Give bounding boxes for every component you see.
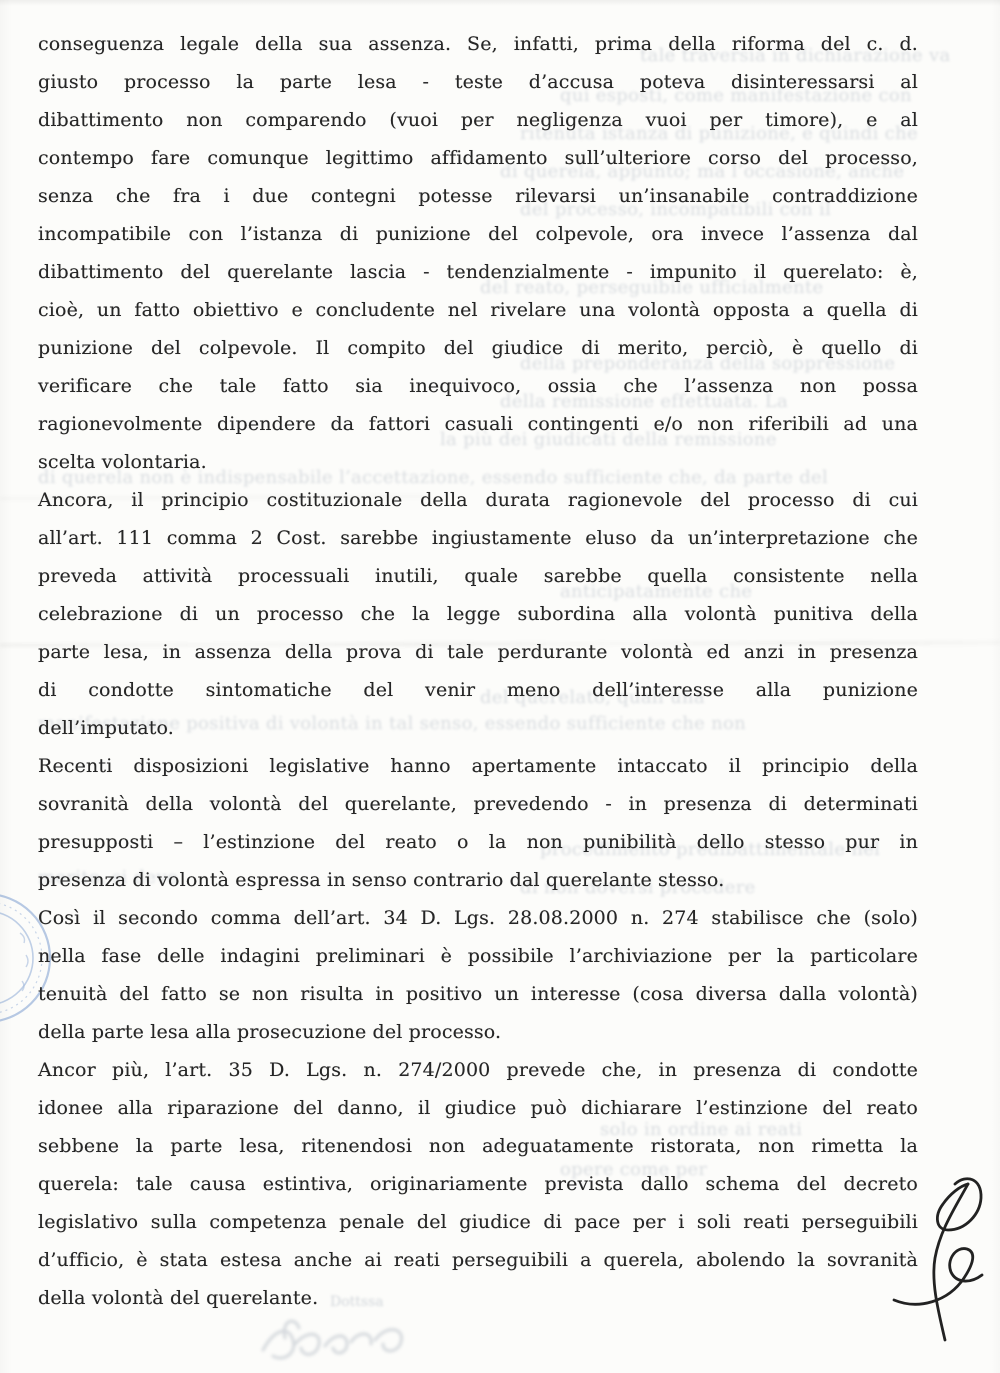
bleedthrough-signature-scribble — [255, 1310, 445, 1372]
text-line: ragionevolmente dipendere da fattori cas… — [38, 405, 918, 443]
text-line: della parte lesa alla prosecuzione del p… — [38, 1013, 918, 1051]
scanned-document-page: tale traversia in dichiarazione vaqui es… — [0, 0, 1000, 1373]
document-body: conseguenza legale della sua assenza. Se… — [38, 25, 918, 1317]
text-line: dibattimento del querelante lascia - ten… — [38, 253, 918, 291]
text-line: punizione del colpevole. Il compito del … — [38, 329, 918, 367]
text-line: Ancora, il principio costituzionale dell… — [38, 481, 918, 519]
text-line: senza che fra i due contegni potesse ril… — [38, 177, 918, 215]
text-line: sovranità della volontà del querelante, … — [38, 785, 918, 823]
text-line: Recenti disposizioni legislative hanno a… — [38, 747, 918, 785]
text-line: dell’imputato. — [38, 709, 918, 747]
text-line: Ancor più, l’art. 35 D. Lgs. n. 274/2000… — [38, 1051, 918, 1089]
text-line: della volontà del querelante. — [38, 1279, 918, 1317]
text-line: giusto processo la parte lesa - teste d’… — [38, 63, 918, 101]
text-line: presenza di volontà espressa in senso co… — [38, 861, 918, 899]
text-line: querela: tale causa estintiva, originari… — [38, 1165, 918, 1203]
text-line: d’ufficio, è stata estesa anche ai reati… — [38, 1241, 918, 1279]
text-line: idonee alla riparazione del danno, il gi… — [38, 1089, 918, 1127]
text-line: preveda attività processuali inutili, qu… — [38, 557, 918, 595]
text-line: presupposti – l’estinzione del reato o l… — [38, 823, 918, 861]
text-line: legislativo sulla competenza penale del … — [38, 1203, 918, 1241]
text-line: verificare che tale fatto sia inequivoco… — [38, 367, 918, 405]
text-line: sebbene la parte lesa, ritenendosi non a… — [38, 1127, 918, 1165]
handwritten-initials-signature — [888, 1168, 998, 1343]
text-line: cioè, un fatto obiettivo e concludente n… — [38, 291, 918, 329]
text-line: tenuità del fatto se non risulta in posi… — [38, 975, 918, 1013]
text-line: parte lesa, in assenza della prova di ta… — [38, 633, 918, 671]
text-line: scelta volontaria. — [38, 443, 918, 481]
text-line: conseguenza legale della sua assenza. Se… — [38, 25, 918, 63]
text-line: contempo fare comunque legittimo affidam… — [38, 139, 918, 177]
text-line: celebrazione di un processo che la legge… — [38, 595, 918, 633]
text-line: di condotte sintomatiche del venir meno … — [38, 671, 918, 709]
text-line: incompatibile con l’istanza di punizione… — [38, 215, 918, 253]
text-line: nella fase delle indagini preliminari è … — [38, 937, 918, 975]
text-line: dibattimento non comparendo (vuoi per ne… — [38, 101, 918, 139]
text-line: all’art. 111 comma 2 Cost. sarebbe ingiu… — [38, 519, 918, 557]
text-line: Così il secondo comma dell’art. 34 D. Lg… — [38, 899, 918, 937]
